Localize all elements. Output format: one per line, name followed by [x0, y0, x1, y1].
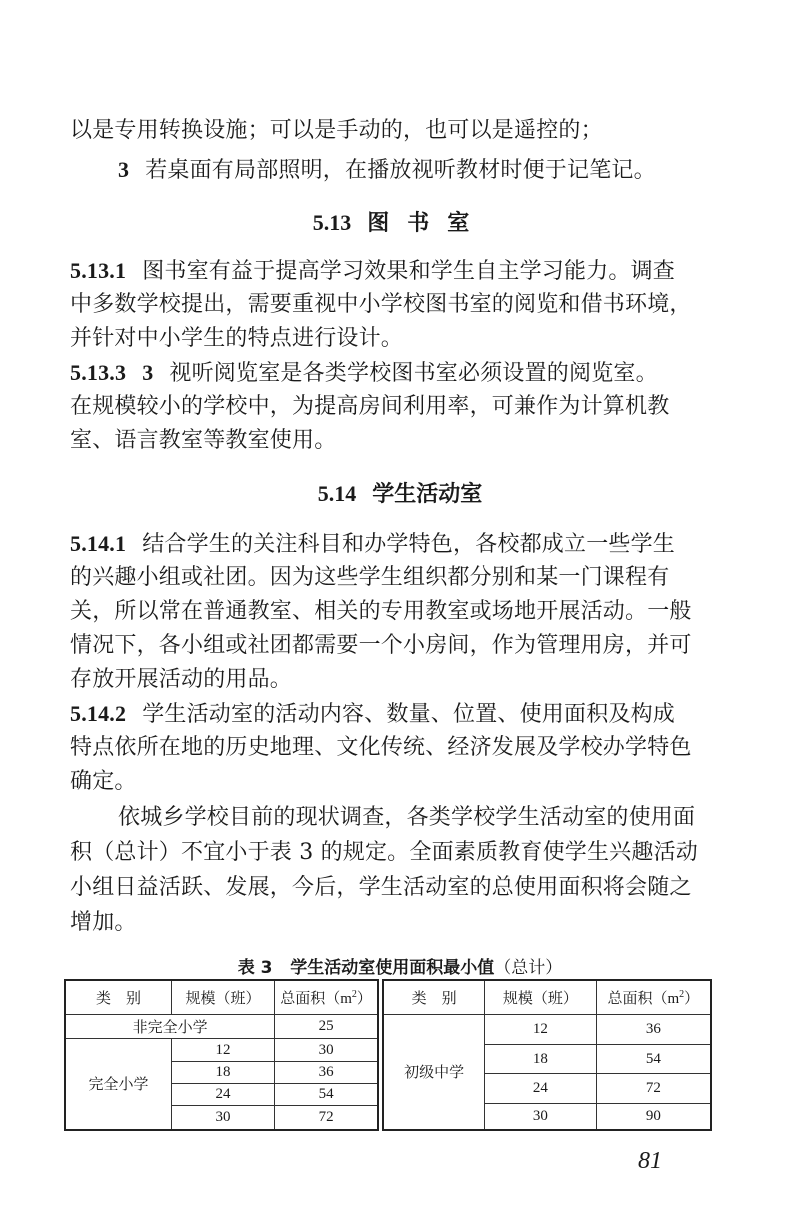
clause-5-14-1-line-2: 的兴趣小组或社团。因为这些学生组织都分别和某一门课程有	[70, 565, 710, 591]
section-number: 5.14	[318, 481, 357, 506]
clause-number: 5.13.1	[70, 258, 126, 283]
table-header-row: 类 别 规模（班） 总面积（m2）	[383, 980, 711, 1015]
cell-scale: 24	[485, 1074, 597, 1104]
cell-area: 72	[275, 1106, 378, 1130]
clause-5-14-1-line-3: 关，所以常在普通教室、相关的专用教室或场地开展活动。一般	[70, 599, 710, 625]
header-scale: 规模（班）	[171, 980, 274, 1015]
list-item-3: 3若桌面有局部照明，在播放视听教材时便于记笔记。	[118, 157, 758, 184]
cell-area: 54	[275, 1084, 378, 1106]
table-caption: 表 3 学生活动室使用面积最小值（总计）	[0, 953, 800, 978]
cell-scale: 12	[485, 1015, 597, 1045]
clause-5-14-1-line-5: 存放开展活动的用品。	[70, 667, 710, 693]
cell-area: 30	[275, 1039, 378, 1062]
clause-5-13-1-line-3: 并针对中小学生的特点进行设计。	[70, 326, 710, 352]
clause-5-14-2-line-3: 确定。	[70, 769, 710, 795]
clause-5-13-3-line-2: 在规模较小的学校中，为提高房间利用率，可兼作为计算机教	[70, 394, 710, 420]
cell-category: 初级中学	[383, 1015, 485, 1130]
cell-area: 36	[275, 1062, 378, 1084]
table-title: 学生活动室使用面积最小值	[290, 958, 494, 978]
list-item-number: 3	[118, 157, 129, 182]
clause-5-13-3-line-3: 室、语言教室等教室使用。	[70, 428, 710, 454]
section-title: 学生活动室	[372, 481, 482, 507]
cell-scale: 24	[171, 1084, 274, 1106]
cell-area: 72	[596, 1074, 711, 1104]
cell-area: 36	[596, 1015, 711, 1045]
cell-scale: 18	[171, 1062, 274, 1084]
page-number: 81	[638, 1148, 662, 1175]
header-category: 类 别	[65, 980, 171, 1015]
clause-5-14-1-line-1: 5.14.1结合学生的关注科目和办学特色，各校都成立一些学生	[70, 531, 710, 558]
table-junior-middle-schools: 类 别 规模（班） 总面积（m2） 初级中学 12 36 18 54 24 72…	[382, 979, 712, 1131]
survey-paragraph-line-4: 增加。	[70, 910, 710, 936]
cell-category: 完全小学	[65, 1039, 171, 1130]
table-header-row: 类 别 规模（班） 总面积（m2）	[65, 980, 378, 1015]
section-number: 5.13	[313, 210, 352, 235]
table-row: 完全小学 12 30	[65, 1039, 378, 1062]
survey-paragraph-line-2: 积（总计）不宜小于表 3 的规定。全面素质教育使学生兴趣活动	[70, 840, 710, 866]
clause-sub-number: 3	[142, 360, 153, 385]
header-area: 总面积（m2）	[596, 980, 711, 1015]
cell-scale: 30	[171, 1106, 274, 1130]
cell-area: 25	[275, 1015, 378, 1039]
clause-number: 5.13.3	[70, 360, 126, 385]
survey-paragraph-line-3: 小组日益活跃、发展，今后，学生活动室的总使用面积将会随之	[70, 875, 710, 901]
cell-area: 90	[596, 1104, 711, 1130]
clause-5-14-2-line-2: 特点依所在地的历史地理、文化传统、经济发展及学校办学特色	[70, 735, 710, 761]
cell-category: 非完全小学	[65, 1015, 275, 1039]
table-title-paren: （总计）	[494, 958, 562, 978]
table-number: 表 3	[238, 958, 273, 978]
cell-scale: 30	[485, 1104, 597, 1130]
clause-5-14-1-line-4: 情况下，各小组或社团都需要一个小房间，作为管理用房，并可	[70, 633, 710, 659]
header-scale: 规模（班）	[485, 980, 597, 1015]
section-heading-5-14: 5.14学生活动室	[0, 481, 800, 507]
cell-scale: 18	[485, 1045, 597, 1074]
cell-area: 54	[596, 1045, 711, 1074]
table-primary-schools: 类 别 规模（班） 总面积（m2） 非完全小学 25 完全小学 12 30 18…	[64, 979, 379, 1131]
survey-paragraph-line-1: 依城乡学校目前的现状调查，各类学校学生活动室的使用面	[118, 805, 758, 831]
header-area: 总面积（m2）	[275, 980, 378, 1015]
clause-5-13-1-line-2: 中多数学校提出，需要重视中小学校图书室的阅览和借书环境，	[70, 292, 710, 318]
clause-5-13-1-line-1: 5.13.1图书室有益于提高学习效果和学生自主学习能力。调查	[70, 258, 710, 285]
clause-number: 5.14.2	[70, 701, 126, 726]
clause-5-14-2-line-1: 5.14.2学生活动室的活动内容、数量、位置、使用面积及构成	[70, 701, 710, 728]
section-heading-5-13: 5.13图书室	[0, 210, 800, 236]
section-title: 图书室	[367, 210, 487, 236]
continuation-line: 以是专用转换设施；可以是手动的，也可以是遥控的；	[70, 118, 710, 144]
table-row: 初级中学 12 36	[383, 1015, 711, 1045]
clause-number: 5.14.1	[70, 531, 126, 556]
header-category: 类 别	[383, 980, 485, 1015]
list-item-text: 若桌面有局部照明，在播放视听教材时便于记笔记。	[145, 158, 656, 183]
cell-scale: 12	[171, 1039, 274, 1062]
table-row: 非完全小学 25	[65, 1015, 378, 1039]
clause-5-13-3-line-1: 5.13.33视听阅览室是各类学校图书室必须设置的阅览室。	[70, 360, 710, 387]
